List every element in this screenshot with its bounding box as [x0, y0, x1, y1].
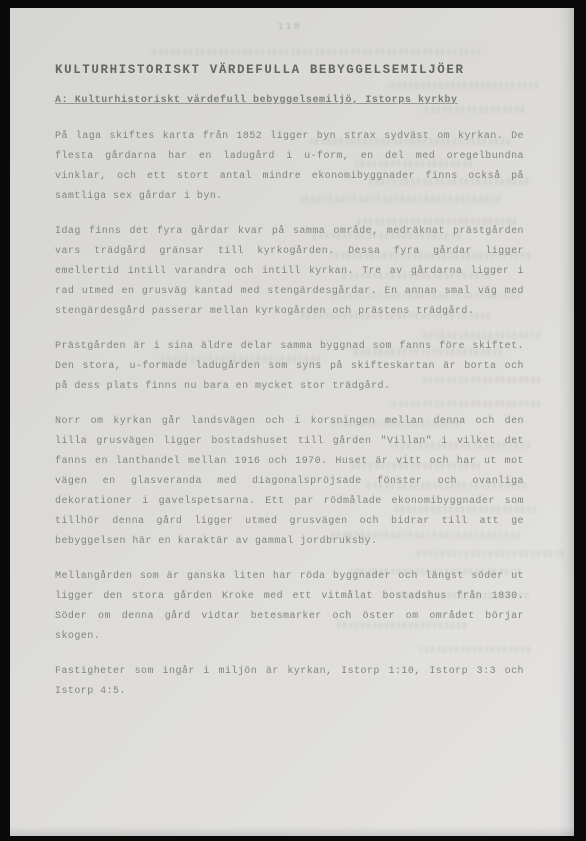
section-subheading: A: Kulturhistoriskt värdefull bebyggelse…: [55, 95, 524, 106]
bleedthrough-artifact: [388, 82, 538, 89]
paragraph-3: Prästgården är i sina äldre delar samma …: [55, 337, 524, 397]
bleedthrough-artifact: [150, 48, 480, 55]
paragraph-6: Fastigheter som ingår i miljön är kyrkan…: [55, 662, 524, 702]
paragraph-4: Norr om kyrkan går landsvägen och i kors…: [55, 412, 524, 552]
paragraph-2: Idag finns det fyra gårdar kvar på samma…: [55, 222, 524, 322]
body-text: På laga skiftes karta från 1852 ligger b…: [55, 127, 524, 702]
paragraph-1: På laga skiftes karta från 1852 ligger b…: [55, 127, 524, 207]
page-number: 118: [55, 22, 524, 33]
document-page: 118 KULTURHISTORISKT VÄRDEFULLA BEBYGGEL…: [10, 8, 574, 836]
paragraph-5: Mellangården som är ganska liten har röd…: [55, 567, 524, 647]
bleedthrough-artifact: [424, 106, 524, 113]
scan-background: 118 KULTURHISTORISKT VÄRDEFULLA BEBYGGEL…: [0, 0, 586, 841]
page-title: KULTURHISTORISKT VÄRDEFULLA BEBYGGELSEMI…: [55, 63, 524, 77]
